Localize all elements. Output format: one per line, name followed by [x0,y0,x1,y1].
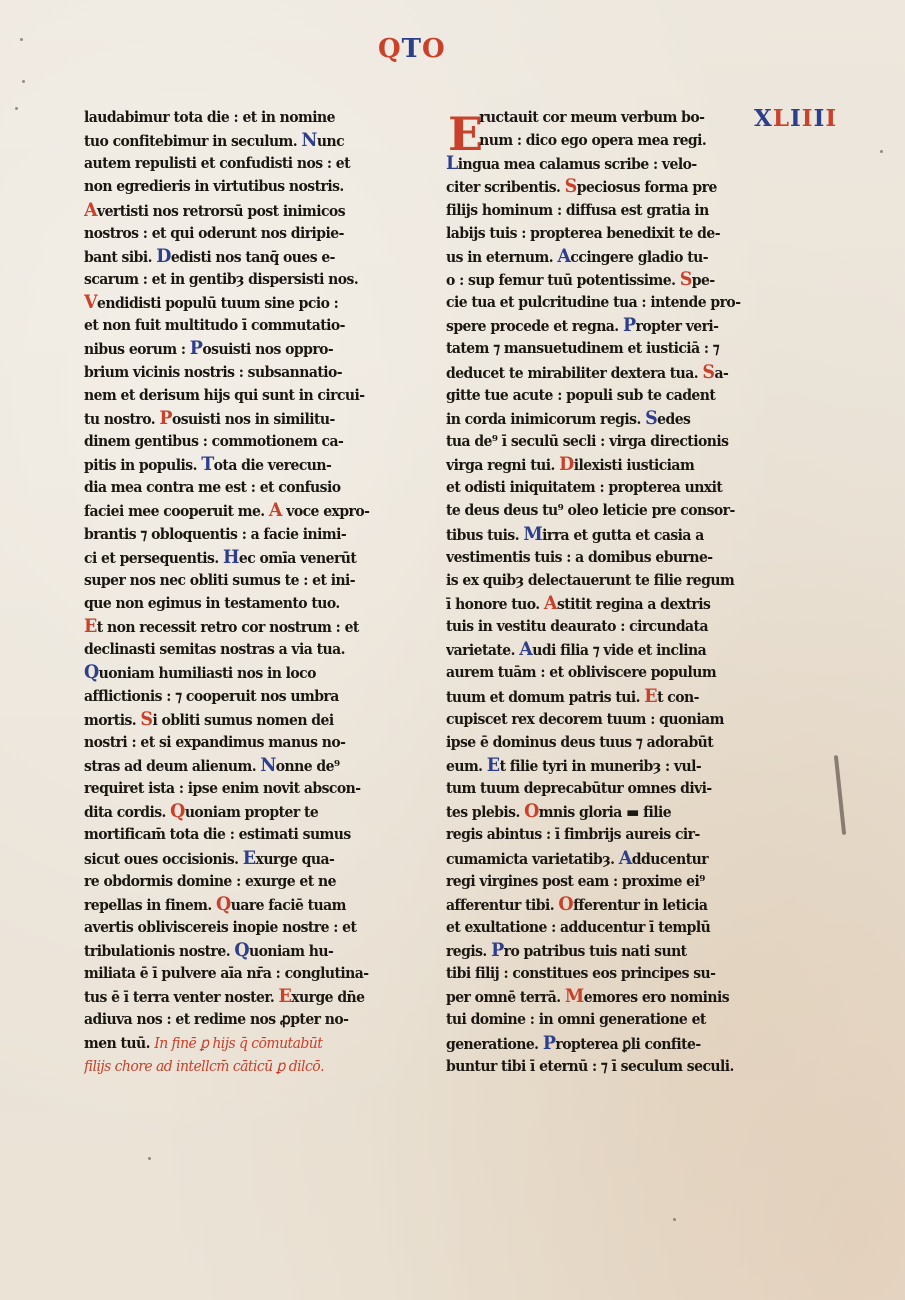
line-text: vestimentis tuis : a domibus eburne- [446,548,713,566]
folio-letter: I [814,105,826,132]
text-line: cumamicta varietatibȝ. Adducentur [446,847,745,870]
line-text: is ex quibȝ delectauerunt te filie regum [446,571,734,589]
text-line: generatione. Propterea ꝑli confite- [446,1032,745,1055]
folio-letter: I [802,105,814,132]
line-text: uare faciē tuam [231,896,346,914]
line-text: xurge dn̄e [291,988,364,1006]
line-text: brium vicinis nostris : subsannatio- [84,363,342,381]
line-text: onne de⁹ [276,757,340,775]
line-text: et exultatione : adducentur ī templū [446,918,710,936]
rubricated-initial: A [557,245,570,267]
rubricated-initial: A [619,847,632,869]
text-line: pitis in populis. Tota die verecun- [84,453,378,476]
text-line: Avertisti nos retrorsū post inimicos [84,199,378,222]
line-text: tibi filij : constitues eos principes su… [446,964,715,982]
line-text: ipse ē dominus deus tuus ⁊ adorabūt [446,733,713,751]
rubricated-initial: M [565,985,584,1007]
line-text: gitte tue acute : populi sub te cadent [446,386,715,404]
text-line: que non egimus in testamento tuo. [84,592,378,615]
line-text: edes [657,410,690,428]
text-line: tuum et domum patris tui. Et con- [446,685,745,708]
rubric-text: In finē ꝑ hijs q̄ cōmutabūt [154,1034,322,1052]
line-text: tuum et domum patris tui. [446,688,644,706]
rubricated-initial: A [544,592,557,614]
text-line: tribulationis nostre. Quoniam hu- [84,939,378,962]
rubricated-initial: P [623,314,636,336]
line-text: tu nostro. [84,410,159,428]
text-line: super nos nec obliti sumus te : et ini- [84,569,378,592]
text-line: citer scribentis. Speciosus forma pre [446,175,745,198]
line-text: ccingere gladio tu- [570,248,708,266]
line-text: et non fuit multitudo ī commutatio- [84,316,345,334]
rubricated-initial: E [487,754,500,776]
line-text: peciosus forma pre [577,178,717,196]
text-line: nem et derisum hijs qui sunt in circui- [84,384,378,407]
line-text: te deus deus tu⁹ oleo leticie pre consor… [446,501,735,519]
line-text: ropter veri- [636,317,719,335]
text-line: dinem gentibus : commotionem ca- [84,430,378,453]
line-text: filijs hominum : diffusa est gratia in [446,201,709,219]
text-line: varietate. Audi filia ⁊ vide et inclina [446,638,745,661]
line-text: adiuva nos : et redime nos ꝓpter no- [84,1010,348,1028]
line-text: t filie tyri in muneribȝ : vul- [500,757,702,775]
text-line: et odisti iniquitatem : propterea unxit [446,476,745,499]
line-text: ropterea ꝑli confite- [555,1035,700,1053]
line-text: ec omīa venerūt [239,549,356,567]
text-line: requiret ista : ipse enim novit abscon- [84,777,378,800]
paper-speck [880,150,883,153]
text-line: tatem ⁊ mansuetudinem et iusticiā : ⁊ [446,337,745,360]
line-text: dia mea contra me est : et confusio [84,478,340,496]
text-line: et exultatione : adducentur ī templū [446,916,745,939]
rubricated-initial: D [156,245,171,267]
text-line: avertis obliviscereis inopie nostre : et [84,916,378,939]
line-text: virga regni tui. [446,456,559,474]
paper-speck [148,1157,151,1160]
text-line: ci et persequentis. Hec omīa venerūt [84,546,378,569]
paper-speck [22,80,25,83]
text-line: aurem tuām : et obliviscere populum [446,661,745,684]
text-line: men tuū. In finē ꝑ hijs q̄ cōmutabūt [84,1032,378,1055]
rubricated-initial: S [140,708,152,730]
line-text: declinasti semitas nostras a via tua. [84,640,345,658]
text-line: bant sibi. Dedisti nos tanq̄ oues e- [84,245,378,268]
text-line: vestimentis tuis : a domibus eburne- [446,546,745,569]
text-line: te deus deus tu⁹ oleo leticie pre consor… [446,499,745,522]
rubricated-initial: O [524,800,539,822]
text-line: tibus tuis. Mirra et gutta et casia a [446,523,745,546]
text-line: autem repulisti et confudisti nos : et [84,152,378,175]
line-text: mortis. [84,711,140,729]
text-line: num : dico ego opera mea regi. [446,129,745,152]
line-text: mortificam̄ tota die : estimati sumus [84,825,351,843]
line-text: ota die verecun- [214,456,332,474]
line-text: tatem ⁊ mansuetudinem et iusticiā : ⁊ [446,339,719,357]
line-text: ingua mea calamus scribe : velo- [458,155,697,173]
text-line: mortificam̄ tota die : estimati sumus [84,823,378,846]
line-text: deducet te mirabiliter dextera tua. [446,364,702,382]
line-text: emores ero nominis [584,988,729,1006]
text-line: dia mea contra me est : et confusio [84,476,378,499]
line-text: t con- [657,688,699,706]
text-line: faciei mee cooperuit me. A voce expro- [84,499,378,522]
line-text: tua de⁹ ī seculū secli : virga direction… [446,432,728,450]
line-text: miliata ē ī pulvere aīa nr̄a : conglutin… [84,964,369,982]
manuscript-page: QTO XLIIII E laudabimur tota die : et in… [0,0,905,1300]
line-text: uoniam hu- [249,942,333,960]
rubricated-initial: P [190,337,203,359]
rubricated-initial: P [159,407,172,429]
rubricated-initial: O [558,893,573,915]
line-text: spere procede et regna. [446,317,623,335]
paper-speck [673,1218,676,1221]
line-text: mnis gloria ▬ filie [539,803,671,821]
line-text: tus ē ī terra venter noster. [84,988,278,1006]
paper-speck [20,38,23,41]
text-line: virga regni tui. Dilexisti iusticiam [446,453,745,476]
text-line: ī honore tuo. Astitit regina a dextris [446,592,745,615]
line-text: non egredieris in virtutibus nostris. [84,177,344,195]
line-text: citer scribentis. [446,178,565,196]
text-line: in corda inimicorum regis. Sedes [446,407,745,430]
rubricated-initial: S [565,175,577,197]
text-line: regis abintus : ī fimbrijs aureis cir- [446,823,745,846]
line-text: pe- [692,271,715,289]
text-line: tu nostro. Posuisti nos in similitu- [84,407,378,430]
text-line: cupiscet rex decorem tuum : quoniam [446,708,745,731]
line-text: stitit regina a dextris [557,595,710,613]
line-text: varietate. [446,641,519,659]
line-text: fferentur in leticia [573,896,707,914]
text-line: tibi filij : constitues eos principes su… [446,962,745,985]
line-text: buntur tibi ī eternū : ⁊ ī seculum secul… [446,1057,734,1075]
line-text: tuo confitebimur in seculum. [84,132,301,150]
line-text: cupiscet rex decorem tuum : quoniam [446,710,724,728]
rubricated-initial: A [84,199,97,221]
rubricated-initial: S [645,407,657,429]
rubricated-initial: M [523,523,542,545]
text-line: gitte tue acute : populi sub te cadent [446,384,745,407]
folio-letter: L [773,105,790,132]
line-text: eum. [446,757,487,775]
line-text: dinem gentibus : commotionem ca- [84,432,343,450]
text-line: filijs hominum : diffusa est gratia in [446,199,745,222]
line-text: voce expro- [282,502,369,520]
line-text: pitis in populis. [84,456,201,474]
line-text: irra et gutta et casia a [542,526,704,544]
line-text: ilexisti iusticiam [574,456,694,474]
line-text: nostros : et qui oderunt nos diripie- [84,224,344,242]
line-text: aurem tuām : et obliviscere populum [446,663,716,681]
line-text: laudabimur tota die : et in nomine [84,108,335,126]
line-text: in corda inimicorum regis. [446,410,645,428]
text-line: re obdormis domine : exurge et ne [84,870,378,893]
line-text: num : dico ego opera mea regi. [479,131,706,149]
text-line: ructauit cor meum verbum bo- [446,106,745,129]
paper-speck [15,107,18,110]
rubricated-initial: A [519,638,532,660]
line-text: i obliti sumus nomen dei [152,711,333,729]
text-line: laudabimur tota die : et in nomine [84,106,378,129]
right-text-column: ructauit cor meum verbum bo-num : dico e… [446,106,771,1078]
line-text: afferentur tibi. [446,896,558,914]
text-line: tus ē ī terra venter noster. Exurge dn̄e [84,985,378,1008]
text-line: miliata ē ī pulvere aīa nr̄a : conglutin… [84,962,378,985]
folio-letter: I [790,105,802,132]
line-text: regis abintus : ī fimbrijs aureis cir- [446,825,700,843]
line-text: tribulationis nostre. [84,942,234,960]
line-text: endidisti populū tuum sine pcio : [97,294,338,312]
rubricated-initial: Q [216,893,231,915]
line-text: regi virgines post eam : proxime ei⁹ [446,872,705,890]
rubricated-initial: P [491,939,504,961]
text-line: us in eternum. Accingere gladio tu- [446,245,745,268]
line-text: edisti nos tanq̄ oues e- [171,248,335,266]
line-text: regis. [446,942,491,960]
rubricated-initial: E [84,615,97,637]
text-line: repellas in finem. Quare faciē tuam [84,893,378,916]
line-text: labijs tuis : propterea benedixit te de- [446,224,720,242]
rubricated-initial: H [223,546,239,568]
rubricated-initial: E [243,847,256,869]
line-text: uoniam propter te [185,803,318,821]
line-text: t non recessit retro cor nostrum : et [97,618,359,636]
text-line: stras ad deum alienum. Nonne de⁹ [84,754,378,777]
rubric-text: filijs chore ad intellcm̄ cāticū ꝑ dilcō… [84,1057,324,1075]
text-line: eum. Et filie tyri in muneribȝ : vul- [446,754,745,777]
line-text: per omnē terrā. [446,988,565,1006]
line-text: autem repulisti et confudisti nos : et [84,154,350,172]
line-text: que non egimus in testamento tuo. [84,594,340,612]
text-line: tum tuum deprecabūtur omnes divi- [446,777,745,800]
running-head-letter: Q [378,34,402,64]
rubricated-initial: N [260,754,275,776]
ink-mark [834,755,846,835]
text-line: afflictionis : ⁊ cooperuit nos umbra [84,685,378,708]
text-line: labijs tuis : propterea benedixit te de- [446,222,745,245]
line-text: generatione. [446,1035,543,1053]
line-text: sicut oues occisionis. [84,850,243,868]
text-line: nostri : et si expandimus manus no- [84,731,378,754]
line-text: brantis ⁊ obloquentis : a facie inimi- [84,525,346,543]
line-text: nostri : et si expandimus manus no- [84,733,345,751]
text-line: brium vicinis nostris : subsannatio- [84,361,378,384]
line-text: unc [317,132,344,150]
line-text: a- [714,364,728,382]
rubricated-initial: S [702,361,714,383]
rubricated-initial: P [543,1032,556,1054]
rubricated-initial: L [446,152,458,174]
line-text: ci et persequentis. [84,549,223,567]
line-text: et odisti iniquitatem : propterea unxit [446,478,722,496]
text-line: Quoniam humiliasti nos in loco [84,661,378,684]
line-text: udi filia ⁊ vide et inclina [532,641,706,659]
text-line: o : sup femur tuū potentissime. Spe- [446,268,745,291]
line-text: tui domine : in omni generatione et [446,1010,706,1028]
line-text: repellas in finem. [84,896,216,914]
running-head: QTO [378,34,468,64]
text-line: deducet te mirabiliter dextera tua. Sa- [446,361,745,384]
text-line: buntur tibi ī eternū : ⁊ ī seculum secul… [446,1055,745,1078]
line-text: ructauit cor meum verbum bo- [479,108,704,126]
line-text: tibus tuis. [446,526,523,544]
line-text: re obdormis domine : exurge et ne [84,872,336,890]
line-text: nem et derisum hijs qui sunt in circui- [84,386,365,404]
text-line: tua de⁹ ī seculū secli : virga direction… [446,430,745,453]
text-line: regi virgines post eam : proxime ei⁹ [446,870,745,893]
text-line: mortis. Si obliti sumus nomen dei [84,708,378,731]
rubricated-initial: D [559,453,574,475]
text-line: adiuva nos : et redime nos ꝓpter no- [84,1008,378,1031]
rubricated-initial: S [680,268,692,290]
text-line: brantis ⁊ obloquentis : a facie inimi- [84,523,378,546]
line-text: tuis in vestitu deaurato : circundata [446,617,708,635]
rubricated-initial: T [201,453,213,475]
line-text: afflictionis : ⁊ cooperuit nos umbra [84,687,339,705]
text-line: tui domine : in omni generatione et [446,1008,745,1031]
text-line: filijs chore ad intellcm̄ cāticū ꝑ dilcō… [84,1055,378,1078]
text-line: declinasti semitas nostras a via tua. [84,638,378,661]
text-line: scarum : et in gentibȝ dispersisti nos. [84,268,378,291]
text-line: nibus eorum : Posuisti nos oppro- [84,337,378,360]
line-text: nibus eorum : [84,340,190,358]
line-text: ro patribus tuis nati sunt [504,942,687,960]
line-text: super nos nec obliti sumus te : et ini- [84,571,355,589]
line-text: men tuū. [84,1034,154,1052]
line-text: dita cordis. [84,803,170,821]
text-line: spere procede et regna. Propter veri- [446,314,745,337]
line-text: xurge qua- [256,850,335,868]
rubricated-initial: Q [234,939,249,961]
line-text: faciei mee cooperuit me. [84,502,269,520]
left-text-column: laudabimur tota die : et in nominetuo co… [84,106,404,1078]
rubricated-initial: Q [170,800,185,822]
line-text: requiret ista : ipse enim novit abscon- [84,779,361,797]
text-line: per omnē terrā. Memores ero nominis [446,985,745,1008]
line-text: uoniam humiliasti nos in loco [99,664,316,682]
line-text: tes plebis. [446,803,524,821]
text-line: Vendidisti populū tuum sine pcio : [84,291,378,314]
text-line: tuis in vestitu deaurato : circundata [446,615,745,638]
rubricated-initial: A [269,499,282,521]
line-text: o : sup femur tuū potentissime. [446,271,680,289]
line-text: scarum : et in gentibȝ dispersisti nos. [84,270,358,288]
text-line: cie tua et pulcritudine tua : intende pr… [446,291,745,314]
rubricated-initial: E [644,685,657,707]
text-line: dita cordis. Quoniam propter te [84,800,378,823]
line-text: cumamicta varietatibȝ. [446,850,619,868]
line-text: osuisti nos in similitu- [172,410,335,428]
line-text: bant sibi. [84,248,156,266]
text-line: sicut oues occisionis. Exurge qua- [84,847,378,870]
line-text: osuisti nos oppro- [202,340,333,358]
running-head-letter: T [402,34,422,64]
text-line: tuo confitebimur in seculum. Nunc [84,129,378,152]
text-line: afferentur tibi. Offerentur in leticia [446,893,745,916]
line-text: tum tuum deprecabūtur omnes divi- [446,779,712,797]
text-line: is ex quibȝ delectauerunt te filie regum [446,569,745,592]
line-text: us in eternum. [446,248,557,266]
rubricated-initial: V [84,291,97,313]
text-line: ipse ē dominus deus tuus ⁊ adorabūt [446,731,745,754]
text-line: regis. Pro patribus tuis nati sunt [446,939,745,962]
line-text: ī honore tuo. [446,595,544,613]
line-text: avertis obliviscereis inopie nostre : et [84,918,356,936]
rubricated-initial: E [278,985,291,1007]
text-line: non egredieris in virtutibus nostris. [84,175,378,198]
line-text: stras ad deum alienum. [84,757,260,775]
text-line: Lingua mea calamus scribe : velo- [446,152,745,175]
folio-letter: I [825,105,837,132]
rubricated-initial: N [301,129,316,151]
text-line: tes plebis. Omnis gloria ▬ filie [446,800,745,823]
text-line: nostros : et qui oderunt nos diripie- [84,222,378,245]
rubricated-initial: Q [84,661,99,683]
line-text: vertisti nos retrorsū post inimicos [97,202,345,220]
text-line: et non fuit multitudo ī commutatio- [84,314,378,337]
running-head-letter: O [422,34,446,64]
text-line: Et non recessit retro cor nostrum : et [84,615,378,638]
line-text: cie tua et pulcritudine tua : intende pr… [446,293,740,311]
line-text: dducentur [632,850,708,868]
